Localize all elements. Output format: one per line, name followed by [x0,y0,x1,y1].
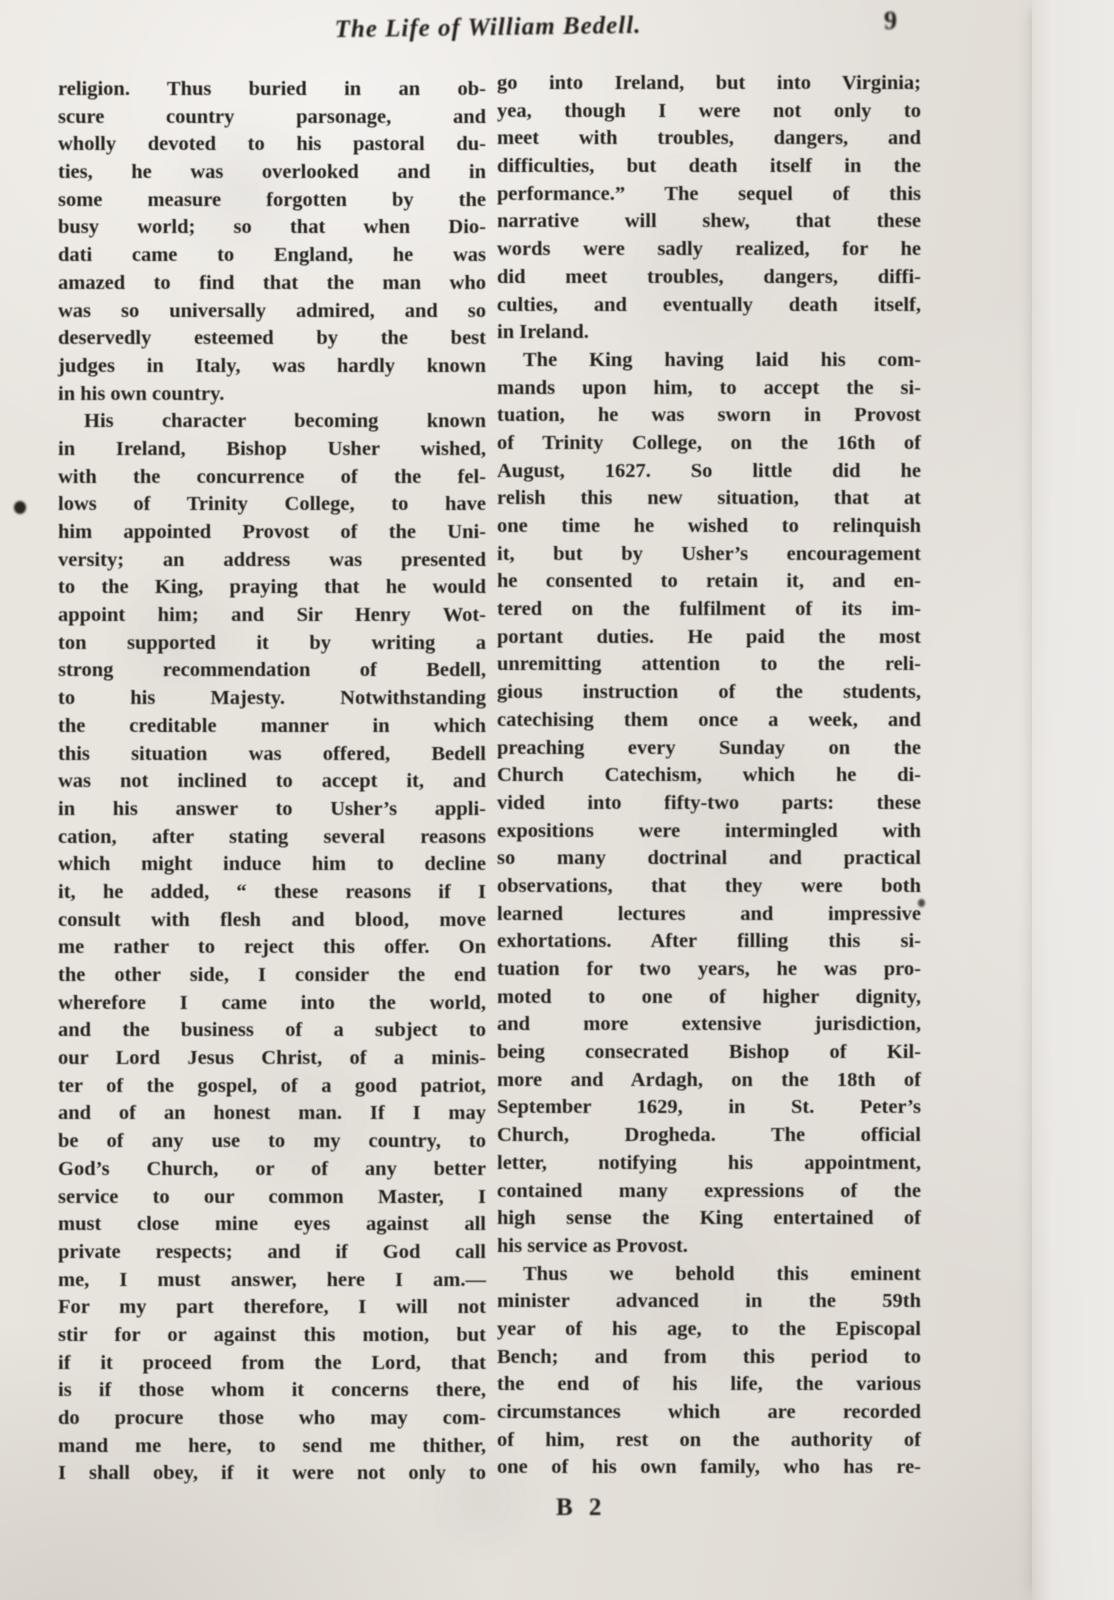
text-line: which might induce him to decline [58,851,486,879]
text-line: cation, after stating several reasons [58,824,486,852]
text-line: Church Catechism, which he di- [497,762,921,790]
text-line: mand me here, to send me thither, [58,1433,486,1461]
text-line: was not inclined to accept it, and [58,768,486,796]
text-line: observations, that they were both [497,873,921,901]
text-line: service to our common Master, I [58,1184,486,1212]
signature-mark: B 2 [556,1494,606,1522]
text-line: circumstances which are recorded [497,1399,921,1427]
text-line: expositions were intermingled with [497,818,921,846]
text-line: the end of his life, the various [497,1371,921,1399]
text-line: it, he added, “ these reasons if I [58,879,486,907]
text-line: stir for or against this motion, but [58,1322,486,1350]
text-line: deservedly esteemed by the best [58,325,486,353]
text-line: more and Ardagh, on the 18th of [497,1067,921,1095]
text-line: me rather to reject this offer. On [58,934,486,962]
text-line: high sense the King entertained of [497,1205,921,1233]
text-line: one time he wished to relinquish [497,513,921,541]
text-line: to the King, praying that he would [58,574,486,602]
text-line: ter of the gospel, of a good patriot, [58,1073,486,1101]
text-line: in his answer to Usher’s appli- [58,796,486,824]
text-line: did meet troubles, dangers, diffi- [497,264,921,292]
ink-speck [918,899,925,907]
text-line: Church, Drogheda. The official [497,1122,921,1150]
text-line: year of his age, to the Episcopal [497,1316,921,1344]
text-line: dati came to England, he was [58,242,486,270]
text-line: so many doctrinal and practical [497,845,921,873]
text-line: was so universally admired, and so [58,298,486,326]
text-line: lows of Trinity College, to have [58,491,486,519]
text-line: amazed to find that the man who [58,270,486,298]
text-line: ton supported it by writing a [58,630,486,658]
text-line: one of his own family, who has re- [497,1454,921,1482]
text-line: narrative will shew, that these [497,208,921,236]
text-line: tuation for two years, he was pro- [497,956,921,984]
text-line: His character becoming known [58,408,486,436]
scanned-book-page: The Life of William Bedell. 9 religion. … [0,0,1114,1600]
text-line: For my part therefore, I will not [58,1294,486,1322]
text-line: God’s Church, or of any better [58,1156,486,1184]
text-line: The King having laid his com- [497,347,921,375]
text-line: wherefore I came into the world, [58,990,486,1018]
text-line: catechising them once a week, and [497,707,921,735]
text-line: mands upon him, to accept the si- [497,375,921,403]
text-line: of Trinity College, on the 16th of [497,430,921,458]
text-line: the creditable manner in which [58,713,486,741]
text-line: go into Ireland, but into Virginia; [497,70,921,98]
text-line: and more extensive jurisdiction, [497,1011,921,1039]
text-line: scure country parsonage, and [58,104,486,132]
text-line: relish this new situation, that at [497,485,921,513]
text-column-left: religion. Thus buried in an ob-scure cou… [58,76,486,1488]
text-line: religion. Thus buried in an ob- [58,76,486,104]
text-line: some measure forgotten by the [58,187,486,215]
text-line: he consented to retain it, and en- [497,568,921,596]
text-line: meet with troubles, dangers, and [497,125,921,153]
text-line: to his Majesty. Notwithstanding [58,685,486,713]
running-header-title: The Life of William Bedell. [58,8,918,48]
text-line: is if those whom it concerns there, [58,1377,486,1405]
text-line: yea, though I were not only to [497,98,921,126]
text-line: appoint him; and Sir Henry Wot- [58,602,486,630]
text-line: words were sadly realized, for he [497,236,921,264]
text-line: this situation was offered, Bedell [58,741,486,769]
text-line: do procure those who may com- [58,1405,486,1433]
text-line: culties, and eventually death itself, [497,292,921,320]
text-line: and of an honest man. If I may [58,1100,486,1128]
text-line: busy world; so that when Dio- [58,214,486,242]
text-line: must close mine eyes against all [58,1211,486,1239]
text-line: moted to one of higher dignity, [497,984,921,1012]
text-line: of him, rest on the authority of [497,1427,921,1455]
page-edge-strip [1032,0,1114,1600]
page-number: 9 [884,6,897,36]
text-line: preaching every Sunday on the [497,735,921,763]
text-line: in Ireland, Bishop Usher wished, [58,436,486,464]
text-line: the other side, I consider the end [58,962,486,990]
text-line: him appointed Provost of the Uni- [58,519,486,547]
text-line: private respects; and if God call [58,1239,486,1267]
text-line: our Lord Jesus Christ, of a minis- [58,1045,486,1073]
text-line: his service as Provost. [497,1233,921,1261]
text-line: consult with flesh and blood, move [58,907,486,935]
text-line: it, but by Usher’s encouragement [497,541,921,569]
text-line: portant duties. He paid the most [497,624,921,652]
text-line: vided into fifty-two parts: these [497,790,921,818]
text-line: Thus we behold this eminent [497,1261,921,1289]
text-line: versity; an address was presented [58,547,486,575]
text-line: learned lectures and impressive [497,901,921,929]
text-line: be of any use to my country, to [58,1128,486,1156]
text-line: September 1629, in St. Peter’s [497,1094,921,1122]
text-line: if it proceed from the Lord, that [58,1350,486,1378]
text-line: me, I must answer, here I am.— [58,1267,486,1295]
text-line: letter, notifying his appointment, [497,1150,921,1178]
text-line: Bench; and from this period to [497,1344,921,1372]
text-column-right: go into Ireland, but into Virginia;yea, … [497,70,921,1482]
text-line: exhortations. After filling this si- [497,928,921,956]
text-line: contained many expressions of the [497,1178,921,1206]
text-line: in his own country. [58,381,486,409]
text-line: unremitting attention to the reli- [497,651,921,679]
text-line: ties, he was overlooked and in [58,159,486,187]
text-line: tered on the fulfilment of its im- [497,596,921,624]
text-line: and the business of a subject to [58,1017,486,1045]
text-line: difficulties, but death itself in the [497,153,921,181]
text-line: judges in Italy, was hardly known [58,353,486,381]
text-line: minister advanced in the 59th [497,1288,921,1316]
text-line: I shall obey, if it were not only to [58,1460,486,1488]
text-line: strong recommendation of Bedell, [58,657,486,685]
text-line: tuation, he was sworn in Provost [497,402,921,430]
ink-speck [14,501,26,514]
text-line: gious instruction of the students, [497,679,921,707]
text-line: performance.” The sequel of this [497,181,921,209]
text-line: wholly devoted to his pastoral du- [58,131,486,159]
text-line: in Ireland. [497,319,921,347]
text-line: being consecrated Bishop of Kil- [497,1039,921,1067]
text-line: August, 1627. So little did he [497,458,921,486]
text-line: with the concurrence of the fel- [58,464,486,492]
